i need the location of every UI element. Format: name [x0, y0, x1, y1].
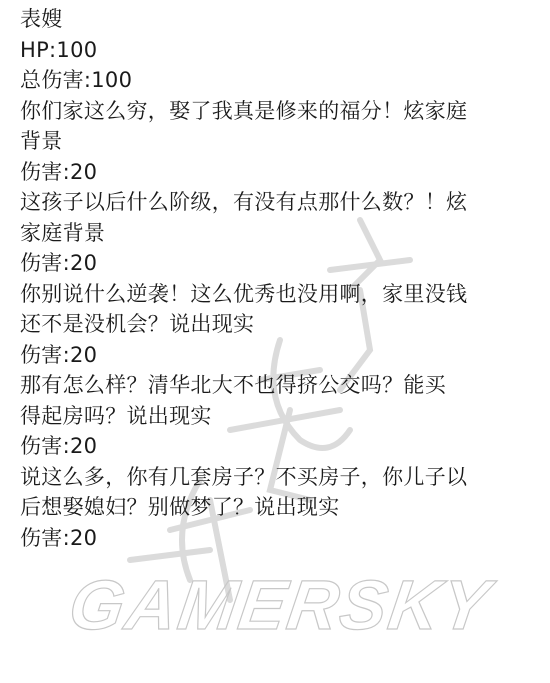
gamersky-watermark: GAMERSKY — [64, 565, 496, 645]
dialogue-line: 那有怎么样？清华北大不也得挤公交吗？能买 — [20, 370, 520, 401]
total-damage: 总伤害:100 — [20, 65, 520, 96]
damage-line: 伤害:20 — [20, 523, 520, 554]
damage-line: 伤害:20 — [20, 431, 520, 462]
damage-line: 伤害:20 — [20, 340, 520, 371]
document-body: 表嫂 HP:100 总伤害:100 你们家这么穷，娶了我真是修来的福分！炫家庭 … — [20, 0, 520, 553]
dialogue-line: 背景 — [20, 126, 520, 157]
character-name: 表嫂 — [20, 4, 520, 35]
dialogue-line: 说这么多，你有几套房子？不买房子，你儿子以 — [20, 462, 520, 493]
dialogue-line: 你们家这么穷，娶了我真是修来的福分！炫家庭 — [20, 96, 520, 127]
hp-value: HP:100 — [20, 35, 520, 66]
dialogue-line: 还不是没机会？说出现实 — [20, 309, 520, 340]
dialogue-line: 家庭背景 — [20, 218, 520, 249]
dialogue-line: 这孩子以后什么阶级，有没有点那什么数？！炫 — [20, 187, 520, 218]
damage-line: 伤害:20 — [20, 248, 520, 279]
damage-line: 伤害:20 — [20, 157, 520, 188]
dialogue-line: 你别说什么逆袭！这么优秀也没用啊，家里没钱 — [20, 279, 520, 310]
dialogue-line: 后想娶媳妇？别做梦了？说出现实 — [20, 492, 520, 523]
dialogue-line: 得起房吗？说出现实 — [20, 401, 520, 432]
